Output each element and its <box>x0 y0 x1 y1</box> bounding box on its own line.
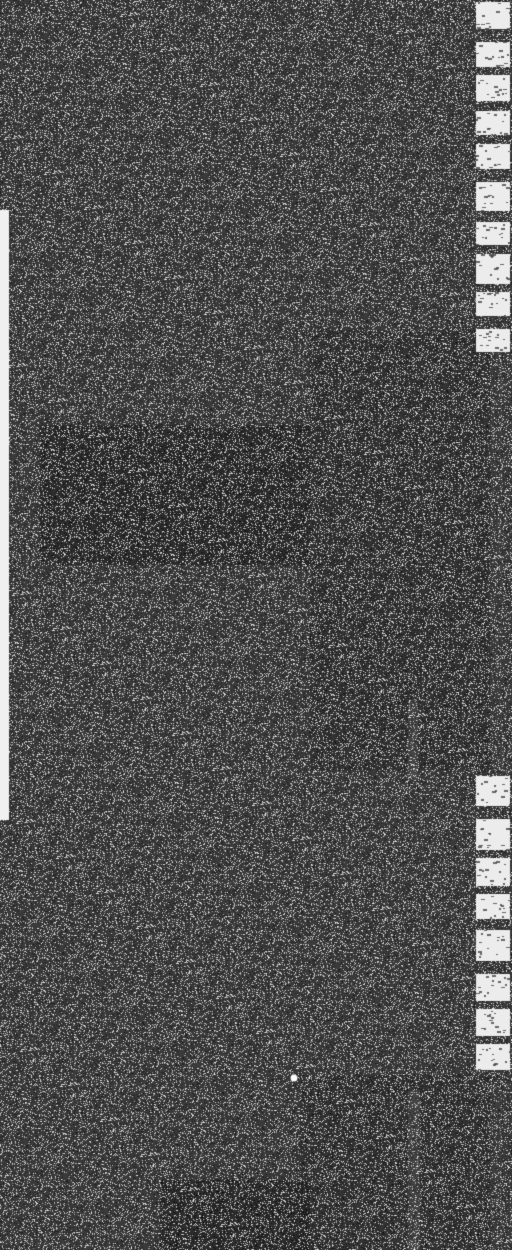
film-scan-canvas <box>0 0 512 1250</box>
